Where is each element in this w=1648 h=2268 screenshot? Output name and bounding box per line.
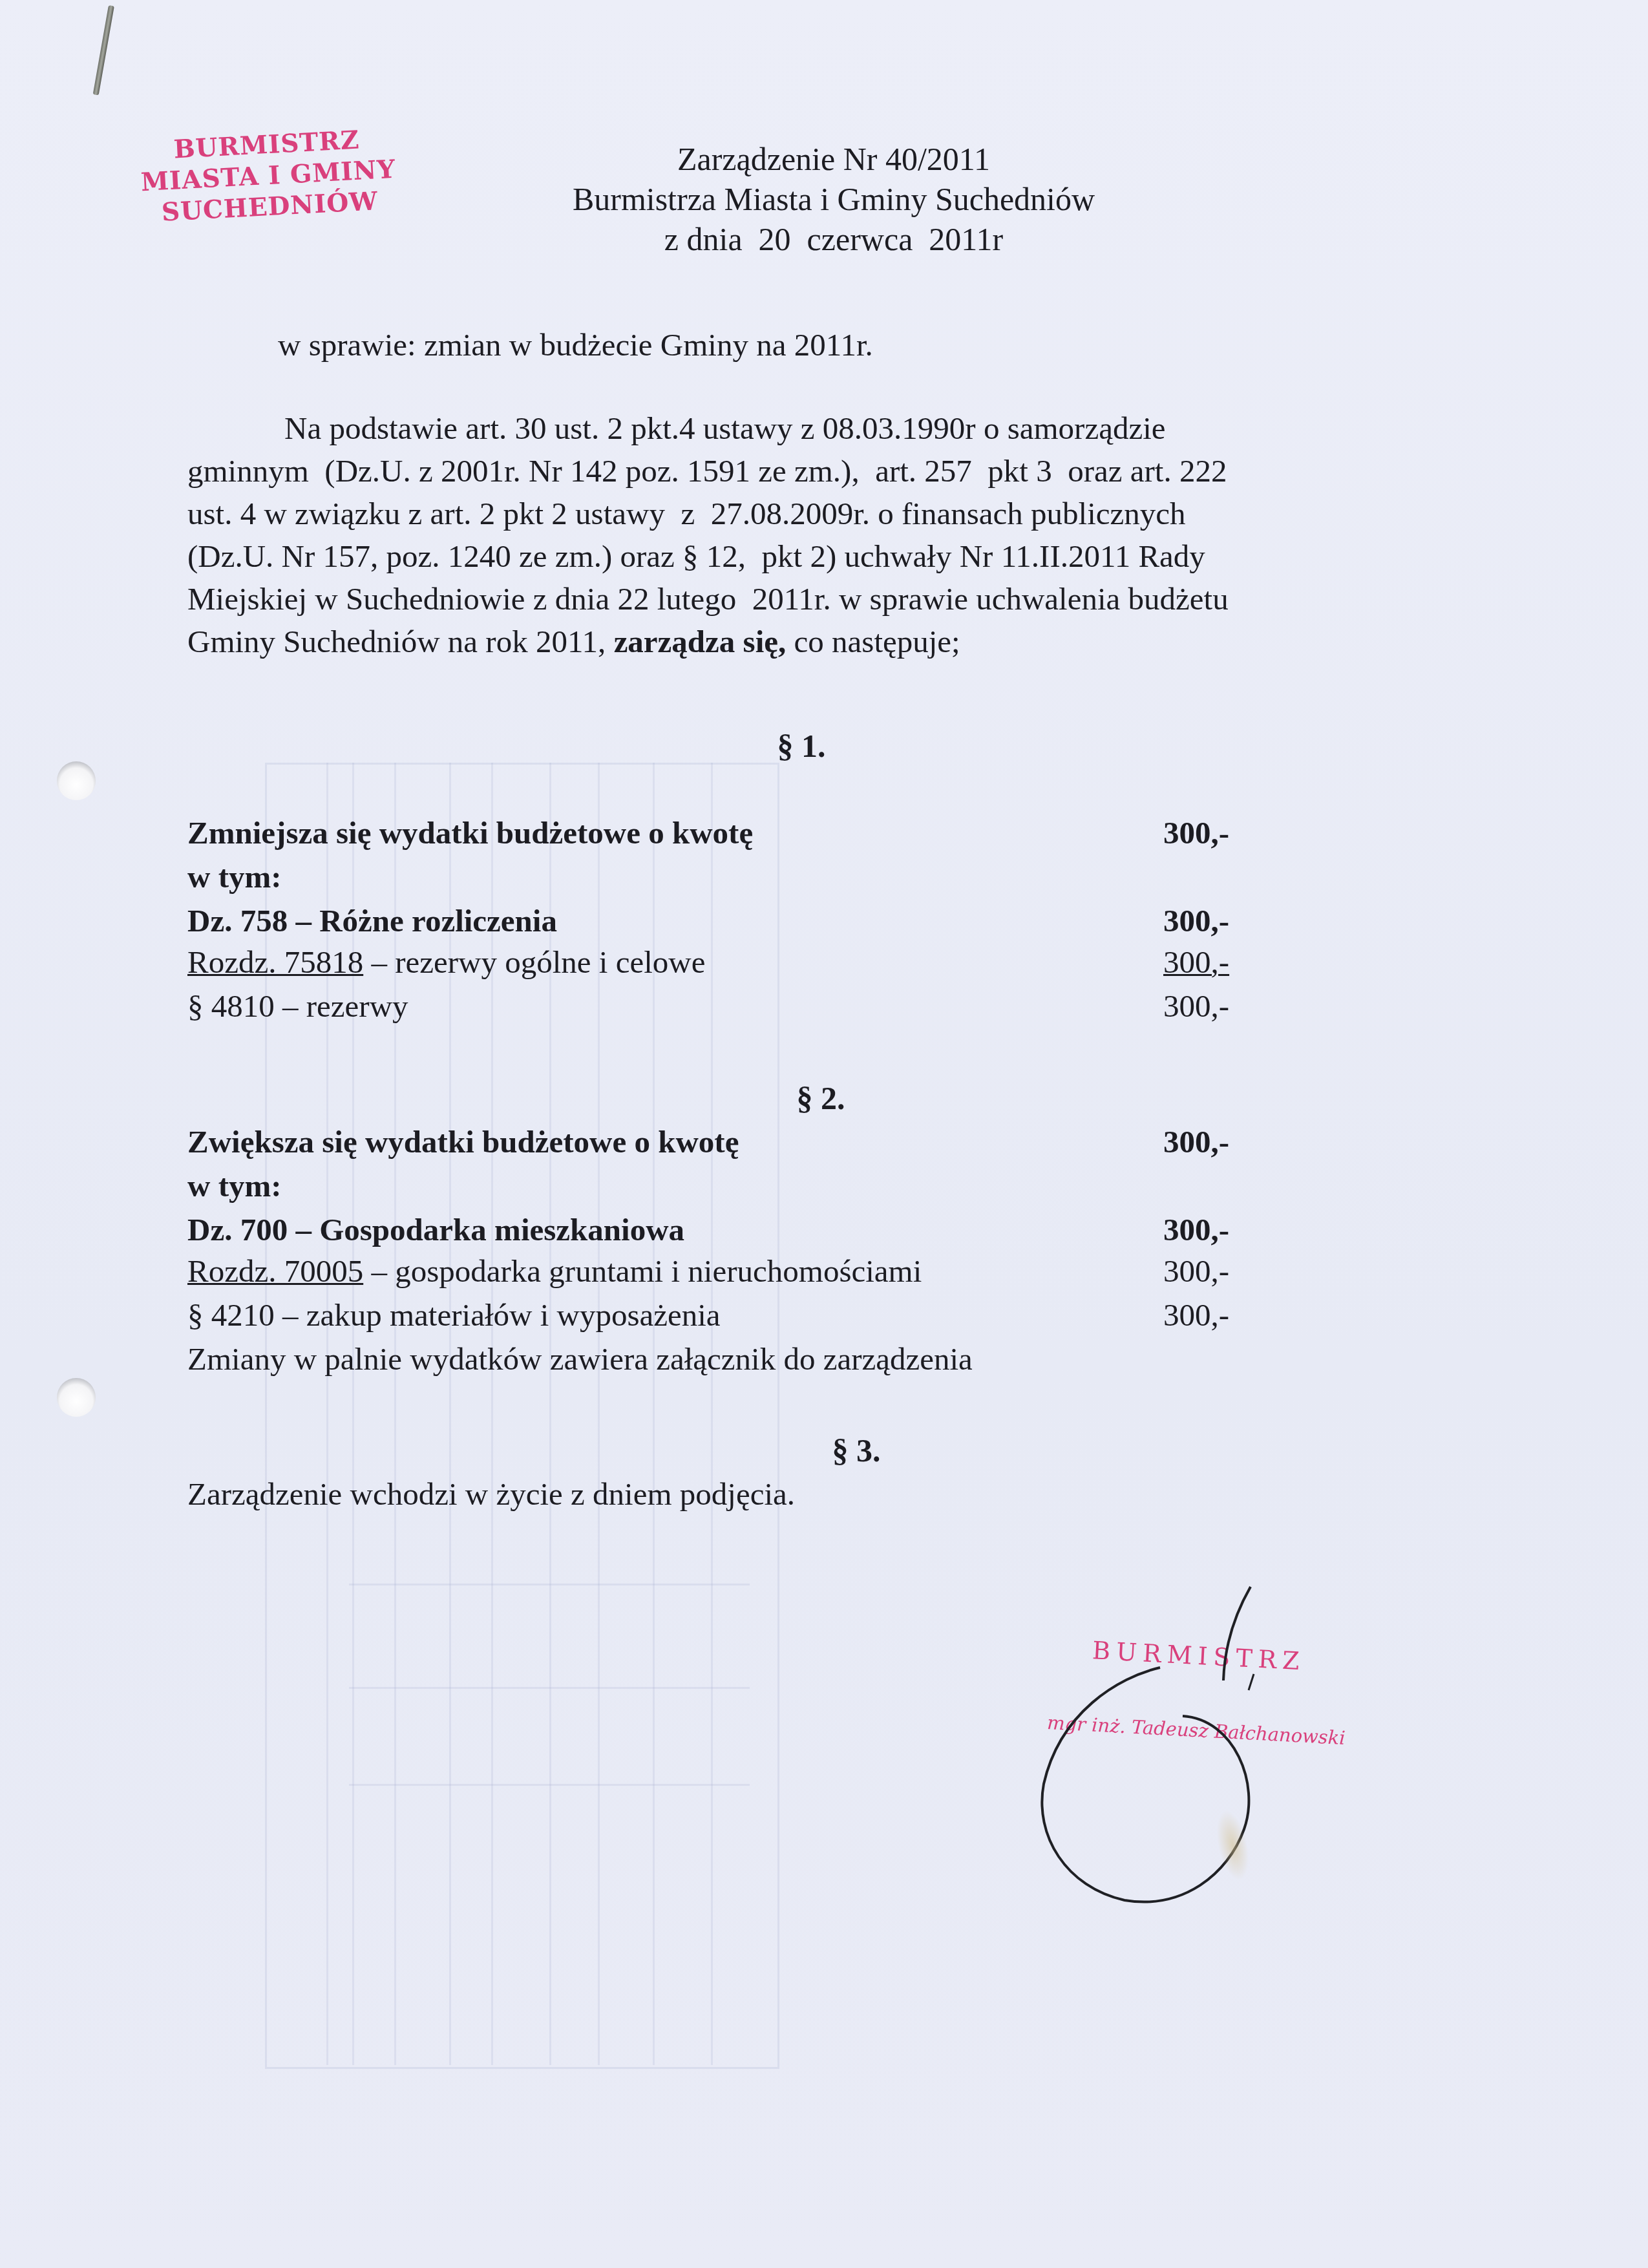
handwritten-signature: [0, 0, 1648, 2268]
scanned-document-page: BURMISTRZ MIASTA I GMINY SUCHEDNIÓW Zarz…: [0, 0, 1648, 2268]
